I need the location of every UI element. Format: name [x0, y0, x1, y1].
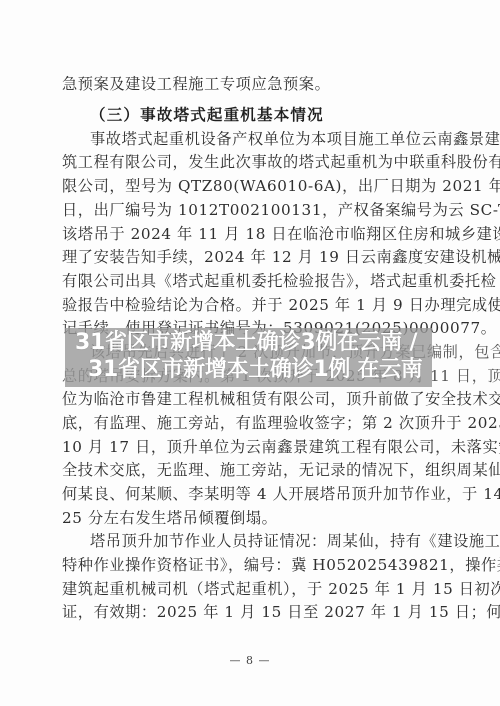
body-line: 塔吊顶升加节作业人员持证情况：周某仙，持有《建设施工: [90, 531, 440, 551]
body-line: 全技术交底，无监理、施工旁站，无记录的情况下，组织周某仙、: [62, 460, 440, 480]
headline-overlay-line-1: 31省区市新增本土确诊3例在云南 /: [75, 330, 417, 356]
body-line: 特种作业操作资格证书》，编号：冀 H052025439821，操作类别：: [62, 555, 440, 575]
body-line: 日，出厂编号为 1012T002100131，产权备案编号为云 SC-T0006…: [62, 200, 440, 220]
page-number: — 8 —: [0, 654, 500, 667]
body-line: 位为临沧市鲁建工程机械租赁有限公司，顶升前做了安全技术交: [62, 389, 440, 409]
section-heading: （三）事故塔式起重机基本情况: [90, 105, 324, 125]
body-line: 有限公司出具《塔式起重机委托检验报告》，塔式起重机委托检: [62, 271, 440, 291]
headline-overlay-line-2: 31省区市新增本土确诊1例 在云南: [88, 357, 422, 383]
body-line: 25 分左右发生塔吊倾覆倒塌。: [62, 508, 440, 528]
body-line: 证，有效期：2025 年 1 月 15 日至 2027 年 1 月 15 日；何…: [62, 602, 440, 622]
body-line: 限公司，型号为 QTZ80(WA6010-6A)，出厂日期为 2021 年 1 …: [62, 176, 440, 196]
body-line: 事故塔式起重机设备产权单位为本项目施工单位云南鑫景建: [90, 129, 440, 149]
body-line: 建筑起重机械司机（塔式起重机），于 2025 年 1 月 15 日初次领: [62, 579, 440, 599]
body-line: 底，有监理、施工旁站，有监理验收签字；第 2 次顶升于 2025 年: [62, 413, 440, 433]
body-line: 何某良、何某顺、李某明等 4 人开展塔吊顶升加节作业，于 14 时: [62, 484, 440, 504]
body-line: 10 月 17 日，顶升单位为云南鑫景建筑工程有限公司，未落实安: [62, 437, 440, 457]
body-line: 理了安装告知手续，2024 年 12 月 19 日云南鑫度安建设机械检测: [62, 247, 440, 267]
body-line: 该塔吊于 2024 年 11 月 18 日在临沧市临翔区住房和城乡建设局办: [62, 224, 440, 244]
body-line: 筑工程有限公司，发生此次事故的塔式起重机为中联重科股份有: [62, 152, 440, 172]
body-line: 验报告中检验结论为合格。并于 2025 年 1 月 9 日办理完成使用登: [62, 295, 440, 315]
body-line: 急预案及建设工程施工专项应急预案。: [62, 74, 440, 94]
